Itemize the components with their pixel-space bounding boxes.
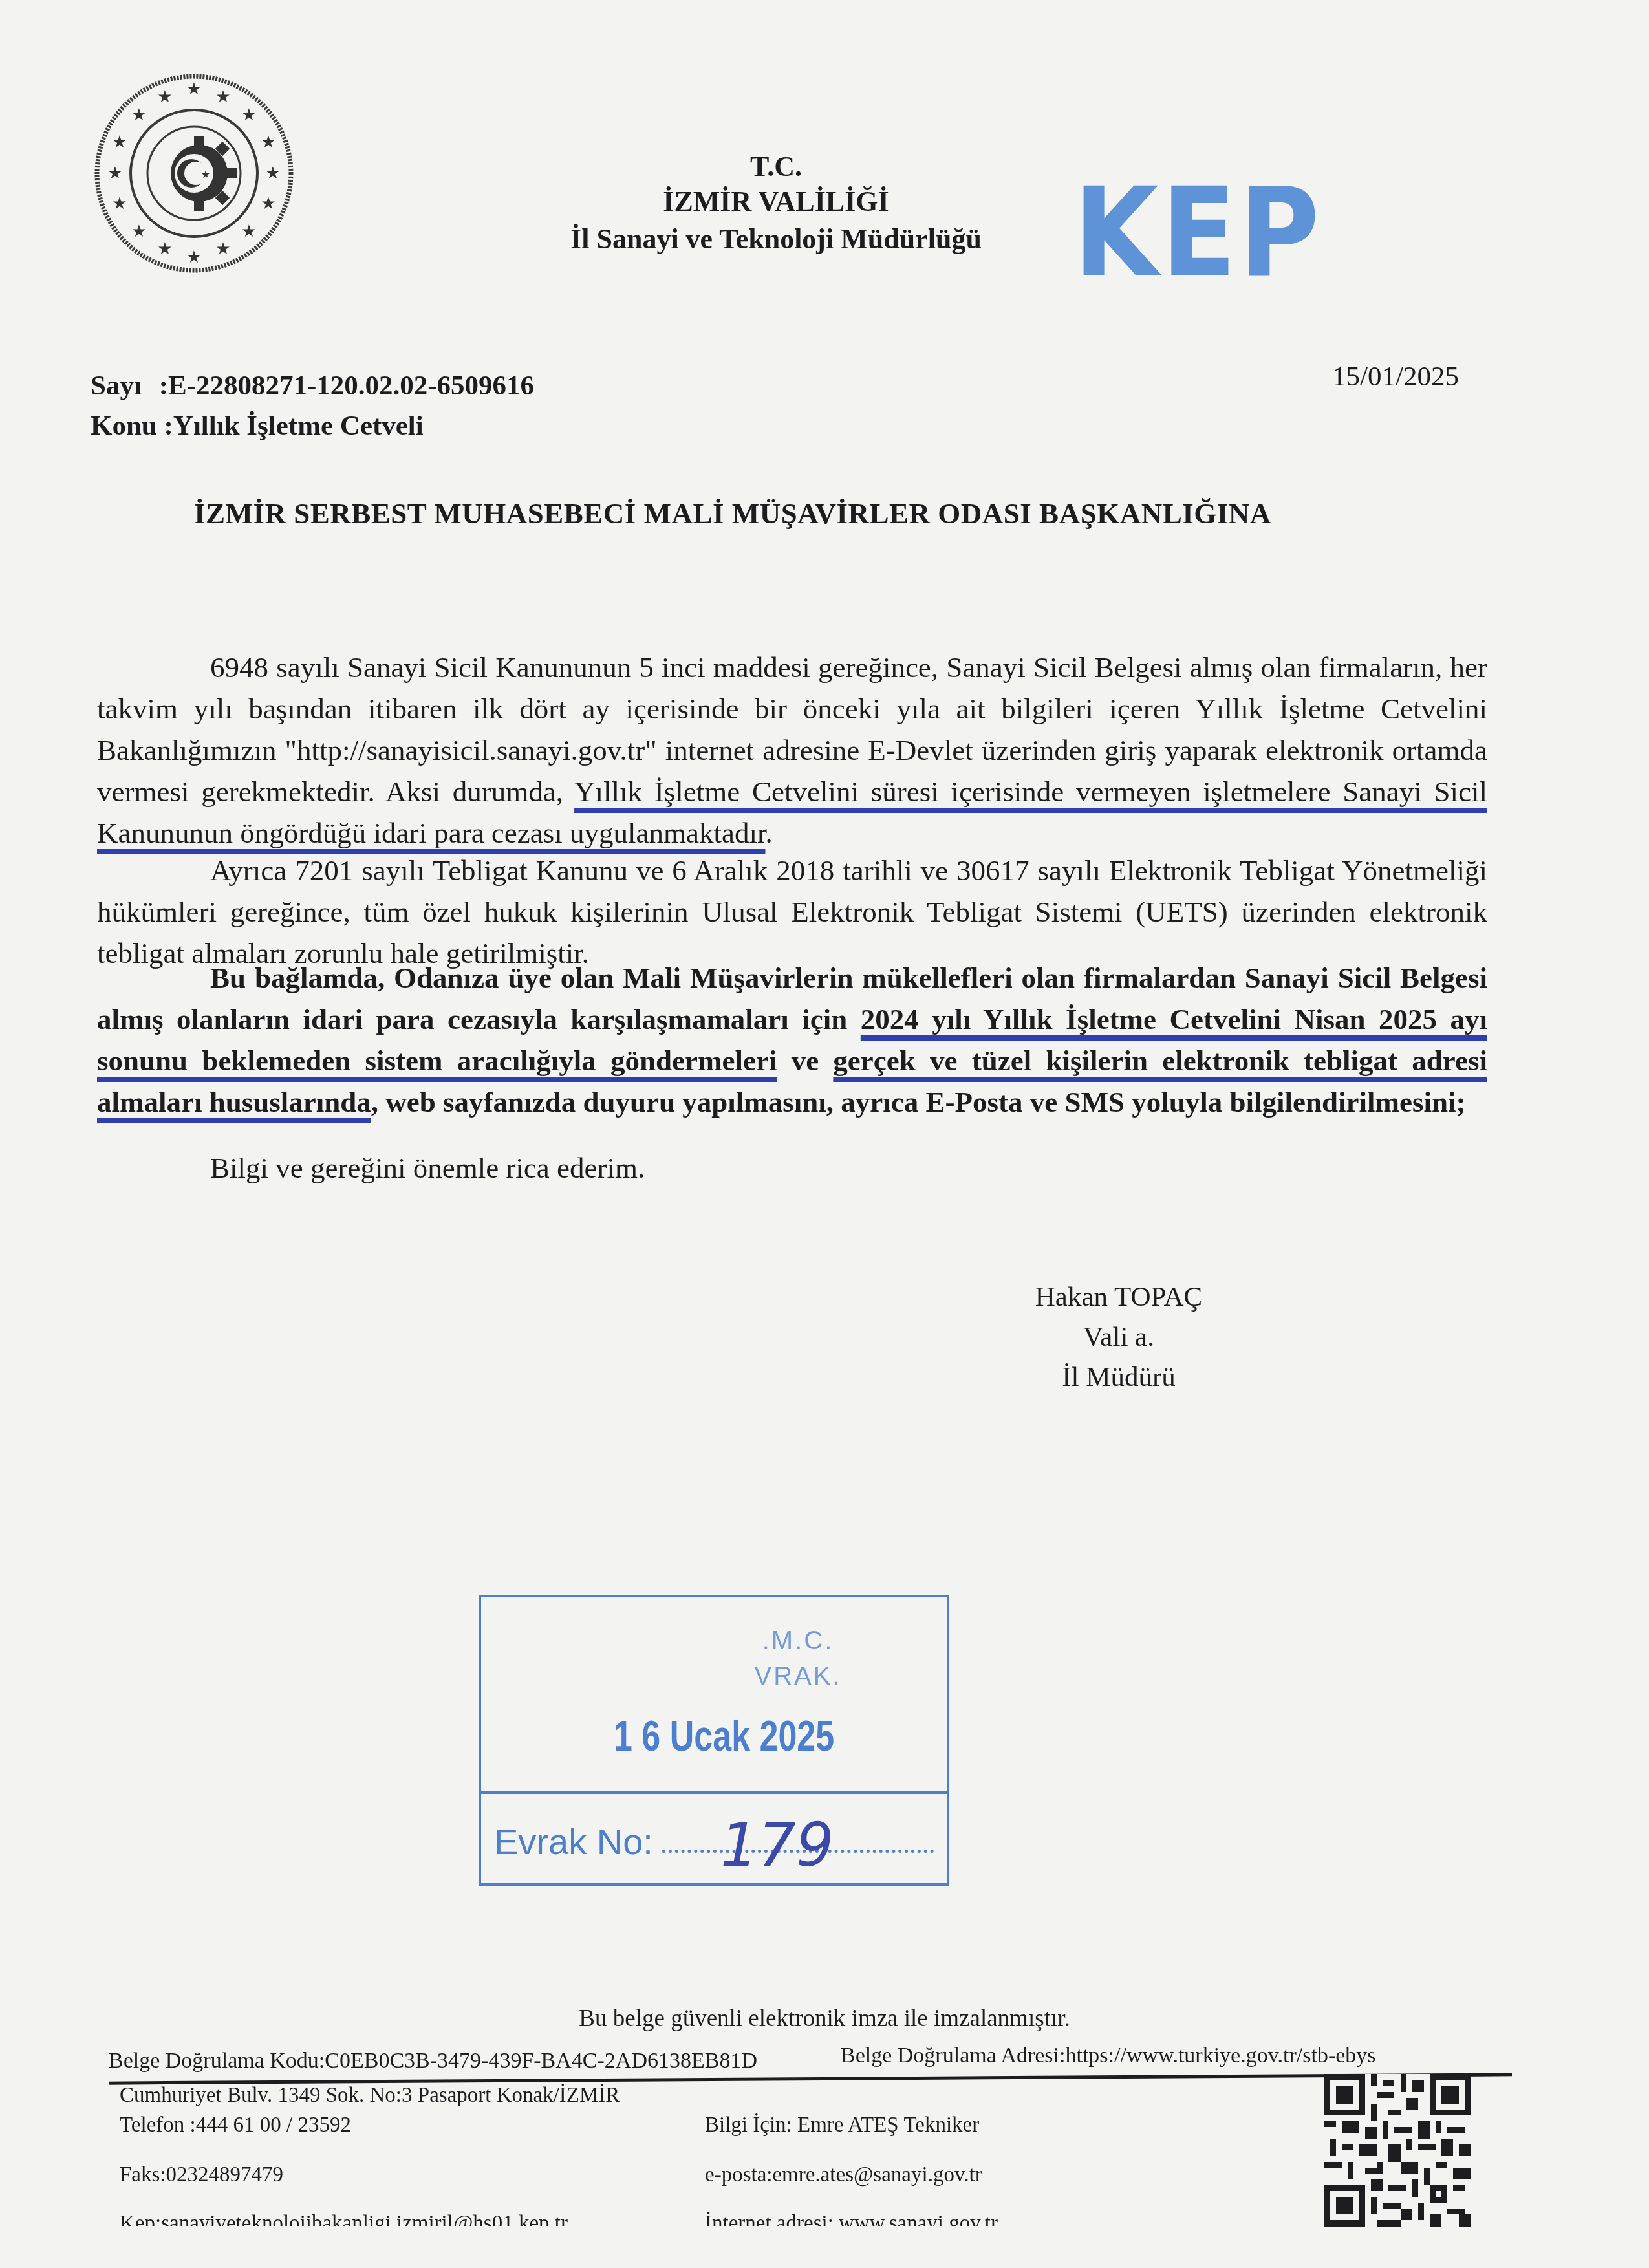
signatory-title: İl Müdürü: [1009, 1357, 1229, 1398]
konu-value: :Yıllık İşletme Cetveli: [164, 411, 424, 441]
signatory-on-behalf: Vali a.: [1009, 1317, 1229, 1357]
header-tc: T.C.: [711, 150, 841, 184]
svg-text:★: ★: [241, 105, 256, 124]
addressee: İZMİR SERBEST MUHASEBECİ MALİ MÜŞAVİRLER…: [194, 497, 1271, 530]
stamp-date: 1 6 Ucak 2025: [614, 1711, 834, 1762]
konu-label: Konu: [91, 411, 157, 441]
document-date: 15/01/2025: [1332, 361, 1459, 393]
footer-address: Cumhuriyet Bulv. 1349 Sok. No:3 Pasaport…: [120, 2084, 620, 2108]
stamp-evrak: VRAK.: [720, 1659, 876, 1694]
svg-text:★: ★: [215, 87, 230, 106]
evrak-label: Evrak No:: [494, 1820, 653, 1863]
svg-text:★: ★: [112, 194, 127, 213]
verification-address[interactable]: Belge Doğrulama Adresi:https://www.turki…: [841, 2044, 1376, 2068]
reference-number: Sayı :E-22808271-120.02.02-6509616: [91, 370, 534, 402]
svg-text:★: ★: [261, 194, 275, 213]
paragraph-3-end: , web sayfanızda duyuru yapılmasını, ayr…: [371, 1086, 1466, 1118]
svg-text:★: ★: [261, 133, 275, 151]
kep-stamp: KEP: [1073, 162, 1322, 305]
svg-text:★: ★: [215, 239, 230, 258]
ministry-emblem-icon: ★ ★ ★ ★ ★ ★ ★ ★ ★ ★ ★ ★ ★ ★ ★ ★ ★: [91, 70, 297, 277]
svg-text:★: ★: [131, 222, 146, 241]
evrak-number-handwritten: 179: [720, 1811, 834, 1880]
footer-website[interactable]: İnternet adresi: www.sanayi.gov.tr: [705, 2212, 998, 2226]
paragraph-1-end: .: [765, 817, 772, 849]
paragraph-1: 6948 sayılı Sanayi Sicil Kanununun 5 inc…: [97, 647, 1487, 854]
header-directorate: İl Sanayi ve Teknoloji Müdürlüğü: [517, 222, 1035, 257]
footer-kep[interactable]: Kep:sanayiveteknolojibakanligi.izmiril@h…: [120, 2212, 568, 2226]
esignature-note: Bu belge güvenli elektronik imza ile imz…: [0, 2005, 1649, 2033]
svg-text:★: ★: [186, 80, 201, 98]
verification-code: Belge Doğrulama Kodu:C0EB0C3B-3479-439F-…: [109, 2049, 757, 2073]
svg-text:★: ★: [201, 169, 210, 180]
paragraph-3-mid: ve: [777, 1044, 833, 1077]
stamp-org: .M.C.: [720, 1623, 876, 1659]
signature-block: Hakan TOPAÇ Vali a. İl Müdürü: [1009, 1277, 1229, 1398]
paragraph-3: Bu bağlamda, Odanıza üye olan Mali Müşav…: [97, 957, 1487, 1123]
svg-text:★: ★: [157, 87, 172, 106]
svg-text:★: ★: [107, 164, 122, 182]
subject: Konu :Yıllık İşletme Cetveli: [91, 410, 424, 442]
sayi-label: Sayı: [91, 371, 142, 401]
svg-text:★: ★: [241, 222, 256, 241]
footer-fax: Faks:02324897479: [120, 2163, 283, 2187]
qr-code-icon[interactable]: [1324, 2073, 1471, 2228]
footer-phone: Telefon :444 61 00 / 23592: [120, 2113, 351, 2137]
paragraph-2: Ayrıca 7201 sayılı Tebligat Kanunu ve 6 …: [97, 850, 1487, 974]
svg-text:★: ★: [131, 105, 146, 124]
svg-text:★: ★: [157, 239, 172, 258]
footer-email[interactable]: e-posta:emre.ates@sanayi.gov.tr: [705, 2163, 982, 2187]
footer-divider: [109, 2073, 1512, 2084]
svg-text:★: ★: [186, 248, 201, 266]
footer-info-contact: Bilgi İçin: Emre ATEŞ Tekniker: [705, 2113, 979, 2137]
svg-text:★: ★: [112, 133, 127, 151]
signatory-name: Hakan TOPAÇ: [1009, 1277, 1229, 1317]
header-governorship: İZMİR VALİLİĞİ: [550, 185, 1002, 219]
svg-text:★: ★: [265, 164, 280, 182]
receipt-stamp: .M.C. VRAK. 1 6 Ucak 2025 Evrak No: 179: [479, 1595, 949, 1886]
stamp-header: .M.C. VRAK.: [720, 1623, 876, 1694]
sayi-value: :E-22808271-120.02.02-6509616: [159, 371, 534, 401]
stamp-divider: [481, 1791, 947, 1794]
closing-line: Bilgi ve gereğini önemle rica ederim.: [210, 1151, 645, 1185]
